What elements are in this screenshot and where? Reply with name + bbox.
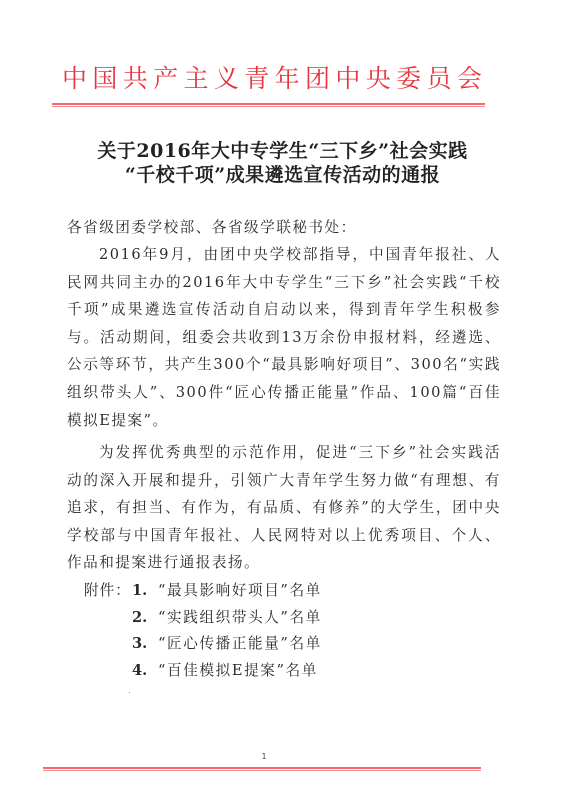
header-char: 共 — [123, 59, 148, 95]
issuing-organization-header: 中 国 共 产 主 义 青 年 团 中 央 委 员 会 — [62, 60, 482, 94]
scan-speck — [129, 692, 130, 693]
attachment-title: “匠心传播正能量”名单 — [158, 631, 322, 658]
document-title-line-1: 关于2016年大中专学生“三下乡”社会实践 — [40, 136, 525, 163]
document-title-line-2: “千校千项”成果遴选宣传活动的通报 — [40, 160, 525, 187]
attachment-item: 4. “百佳模拟E提案”名单 — [84, 658, 322, 685]
attachment-number: 1. — [132, 578, 158, 605]
header-char: 年 — [275, 59, 300, 95]
header-char: 会 — [457, 59, 482, 95]
attachment-title: “百佳模拟E提案”名单 — [158, 658, 318, 685]
paragraph-2: 为发挥优秀典型的示范作用，促进“三下乡”社会实践活动的深入开展和提升，引领广大青… — [67, 439, 501, 577]
salutation: 各省级团委学校部、各省级学联秘书处： — [67, 214, 501, 242]
header-char: 国 — [92, 59, 117, 95]
header-char: 主 — [184, 59, 209, 95]
attachment-item: 2. “实践组织带头人”名单 — [84, 605, 322, 632]
paragraph-1: 2016年9月，由团中央学校部指导，中国青年报社、人民网共同主办的2016年大中… — [67, 241, 501, 434]
attachment-item: 附件： 1. “最具影响好项目”名单 — [84, 578, 322, 605]
attachment-number: 4. — [132, 658, 158, 685]
attachment-number: 2. — [132, 605, 158, 632]
header-char: 中 — [62, 59, 87, 95]
header-char: 中 — [335, 59, 360, 95]
attachment-title: “实践组织带头人”名单 — [158, 605, 322, 632]
header-char: 央 — [366, 59, 391, 95]
header-char: 委 — [396, 59, 421, 95]
header-char: 义 — [214, 59, 239, 95]
page-number: 1 — [258, 752, 270, 761]
header-char: 产 — [153, 59, 178, 95]
header-char: 团 — [305, 59, 330, 95]
header-red-divider — [52, 103, 485, 107]
attachment-number: 3. — [132, 631, 158, 658]
attachments-label: 附件： — [84, 578, 132, 605]
header-char: 员 — [427, 59, 452, 95]
header-char: 青 — [244, 59, 269, 95]
attachment-item: 3. “匠心传播正能量”名单 — [84, 631, 322, 658]
attachments-list: 附件： 1. “最具影响好项目”名单 2. “实践组织带头人”名单 3. “匠心… — [84, 578, 322, 684]
footer-red-divider — [43, 767, 481, 771]
attachment-title: “最具影响好项目”名单 — [158, 578, 322, 605]
